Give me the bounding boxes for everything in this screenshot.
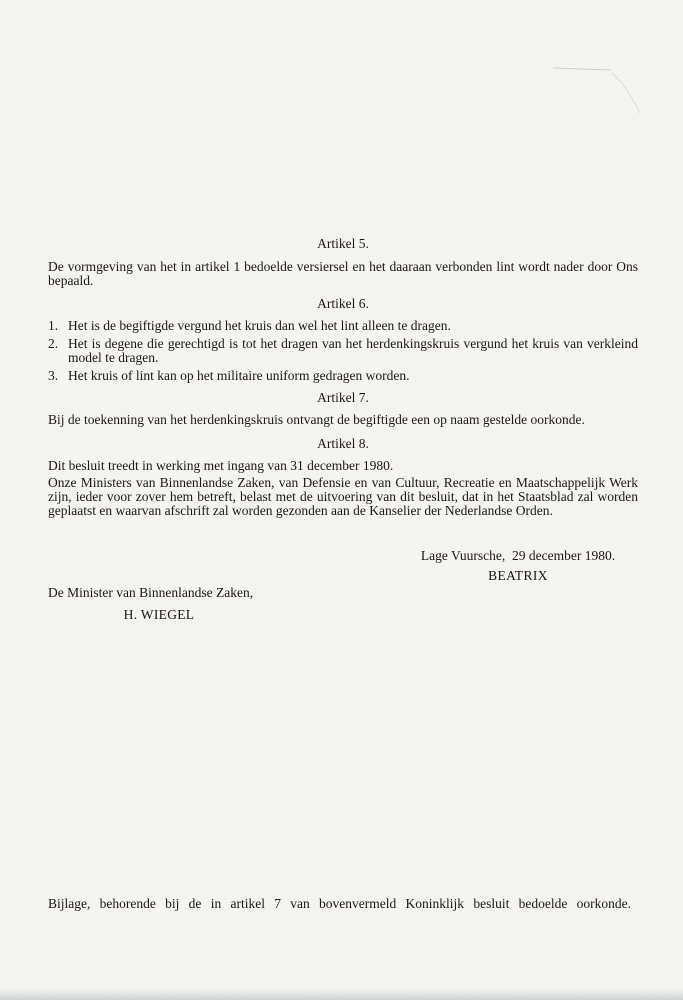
list-item-number: 1. <box>48 319 68 333</box>
list-item: 3. Het kruis of lint kan op het militair… <box>48 369 638 383</box>
place-date-line: Lage Vuursche, 29 december 1980. <box>411 549 625 563</box>
article-6-heading: Artikel 6. <box>48 297 638 311</box>
royal-signature-name: BEATRIX <box>411 569 625 583</box>
article-8-paragraph-1: Dit besluit treedt in werking met ingang… <box>48 459 638 473</box>
scanned-decree-page: Artikel 5. De vormgeving van het in arti… <box>0 0 683 1000</box>
article-7-paragraph: Bij de toekenning van het herdenkingskru… <box>48 413 638 427</box>
list-item-number: 3. <box>48 369 68 383</box>
minister-title-line: De Minister van Binnenlandse Zaken, <box>48 586 270 600</box>
decree-text-block: Artikel 5. De vormgeving van het in arti… <box>48 237 638 622</box>
minister-signature-name: H. WIEGEL <box>48 608 270 622</box>
article-8-paragraph-2: Onze Ministers van Binnenlandse Zaken, v… <box>48 476 638 518</box>
signature-royal-block: Lage Vuursche, 29 december 1980. BEATRIX <box>411 549 625 583</box>
signature-minister-block: De Minister van Binnenlandse Zaken, H. W… <box>48 586 270 622</box>
list-item-number: 2. <box>48 337 68 365</box>
article-8-heading: Artikel 8. <box>48 437 638 451</box>
list-item-text: Het is degene die gerechtigd is tot het … <box>68 337 638 365</box>
list-item: 1. Het is de begiftigde vergund het krui… <box>48 319 638 333</box>
annex-note-line: Bijlage, behorende bij de in artikel 7 v… <box>48 897 631 911</box>
list-item-text: Het kruis of lint kan op het militaire u… <box>68 369 638 383</box>
article-5-paragraph: De vormgeving van het in artikel 1 bedoe… <box>48 260 638 288</box>
list-item-text: Het is de begiftigde vergund het kruis d… <box>68 319 638 333</box>
article-7-heading: Artikel 7. <box>48 391 638 405</box>
scan-bottom-edge-shadow <box>0 987 683 1000</box>
list-item: 2. Het is degene die gerechtigd is tot h… <box>48 337 638 365</box>
article-5-heading: Artikel 5. <box>48 237 638 251</box>
article-6-list: 1. Het is de begiftigde vergund het krui… <box>48 319 638 383</box>
